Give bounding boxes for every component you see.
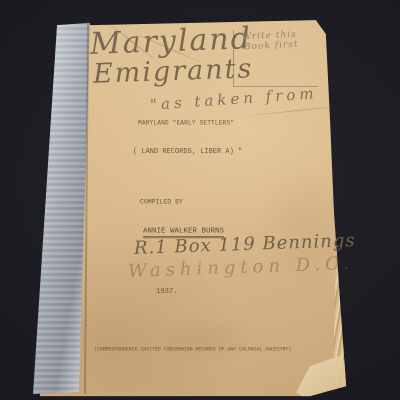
typed-reference-line: ( LAND RECORDS, LIBER A) ″ <box>133 148 242 156</box>
stain <box>148 314 268 364</box>
typed-footer-line: (CORRESPONDENCE INVITED CONCERNING RECOR… <box>94 347 291 353</box>
typed-year: 1937. <box>156 288 178 296</box>
corner-note-line2: Book first <box>244 40 299 53</box>
typed-compiled-by: COMPILED BY <box>140 199 183 206</box>
typed-series-title: MARYLAND "EARLY SETTLERS" <box>138 120 234 127</box>
pencil-note-box: Write this Book first <box>233 30 318 87</box>
torn-corner <box>296 356 374 400</box>
handwritten-title-line2: Emigrants <box>93 53 254 90</box>
book-cover-photo: Maryland Emigrants Write this Book first… <box>0 0 400 400</box>
